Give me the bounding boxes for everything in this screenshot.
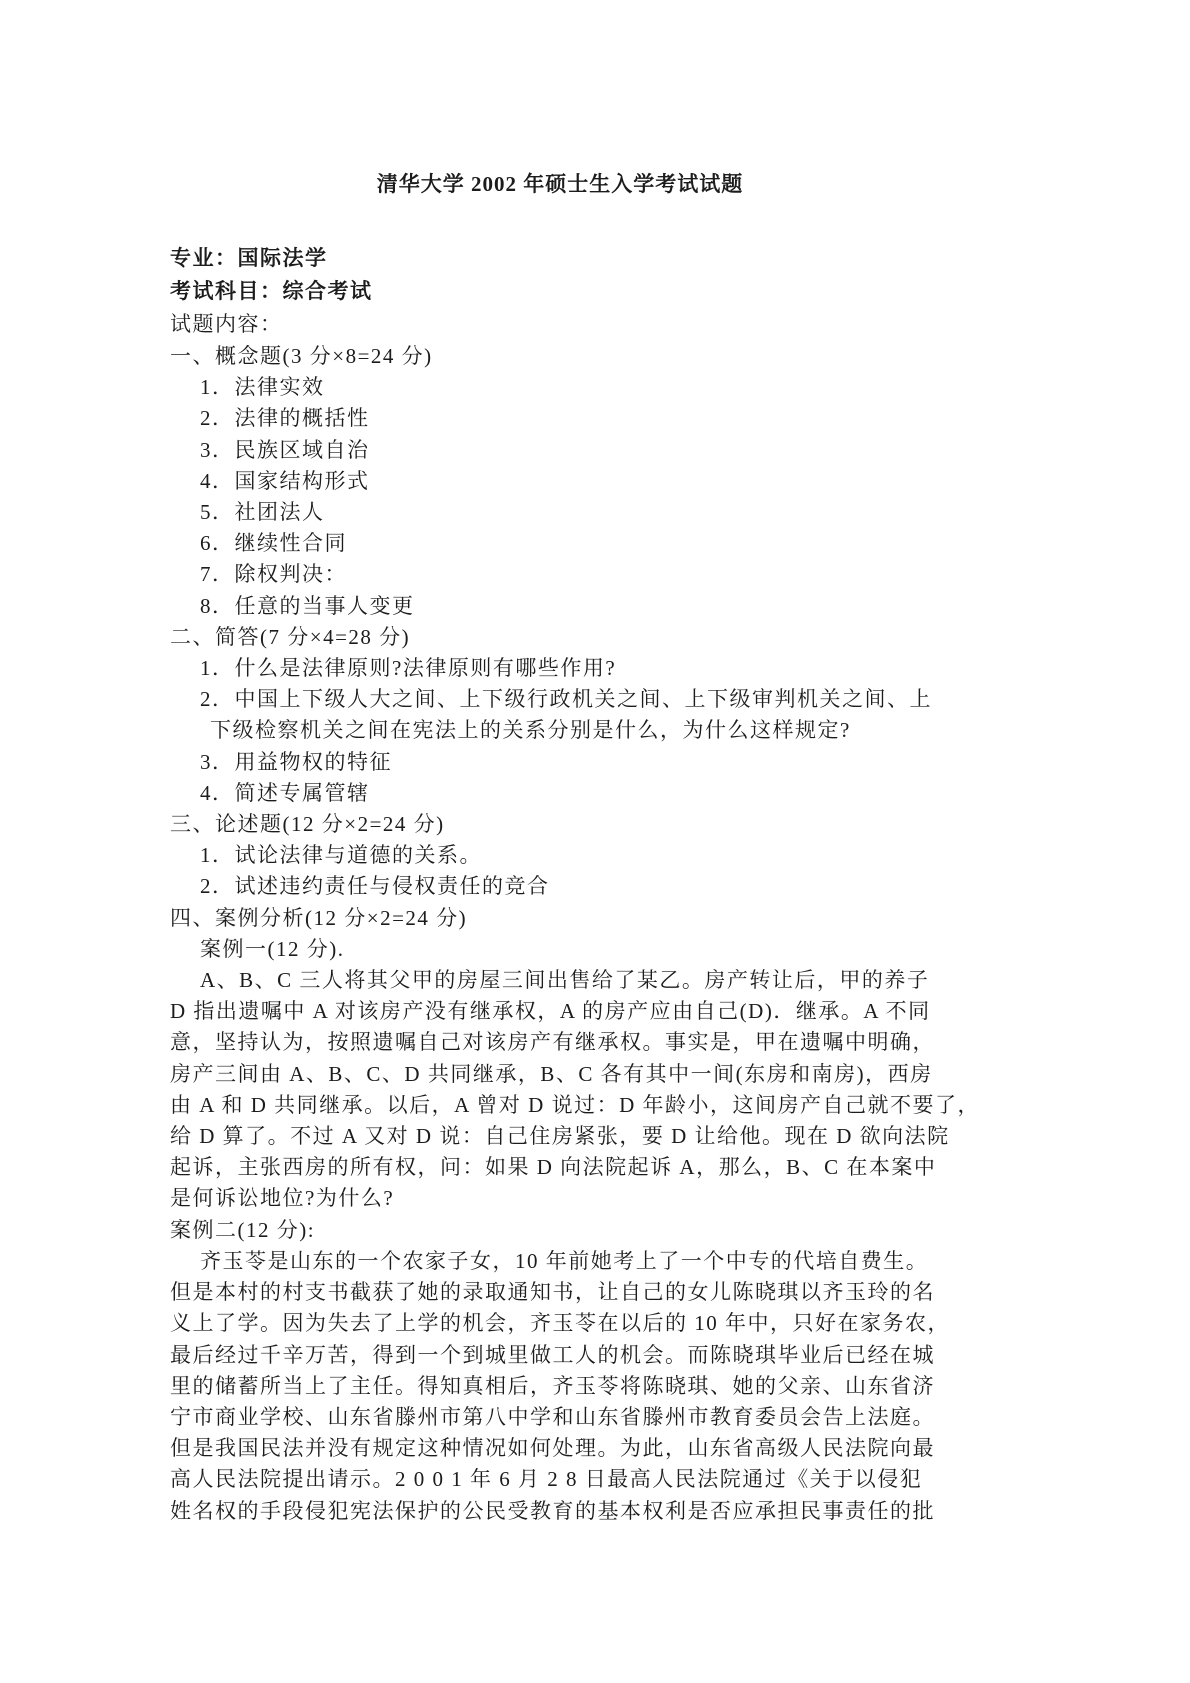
list-item: 1．法律实效: [170, 372, 1040, 403]
section-4-heading: 四、案例分析(12 分×2=24 分): [170, 903, 1040, 934]
case-2-text-line: 但是我国民法并没有规定这种情况如何处理。为此，山东省高级人民法院向最: [170, 1433, 1040, 1464]
case-1-text-line: D 指出遗嘱中 A 对该房产没有继承权，A 的房产应由自己(D)．继承。A 不同: [170, 996, 1040, 1027]
case-2-text-line: 义上了学。因为失去了上学的机会，齐玉苓在以后的 10 年中，只好在家务农，: [170, 1308, 1040, 1339]
section-2-heading: 二、简答(7 分×4=28 分): [170, 622, 1040, 653]
list-item: 3．用益物权的特征: [170, 747, 1040, 778]
case-1-text-line: 房产三间由 A、B、C、D 共同继承，B、C 各有其中一间(东房和南房)，西房: [170, 1059, 1040, 1090]
case-2-text-line: 宁市商业学校、山东省滕州市第八中学和山东省滕州市教育委员会告上法庭。: [170, 1402, 1040, 1433]
case-1-text-line: 给 D 算了。不过 A 又对 D 说：自己住房紧张，要 D 让给他。现在 D 欲…: [170, 1121, 1040, 1152]
subject-line: 考试科目：综合考试: [170, 275, 1040, 308]
major-line: 专业：国际法学: [170, 242, 1040, 275]
list-item: 2．中国上下级人大之间、上下级行政机关之间、上下级审判机关之间、上: [170, 684, 1040, 715]
list-item: 2．法律的概括性: [170, 403, 1040, 434]
case-1-text-line: 是何诉讼地位?为什么?: [170, 1183, 1040, 1214]
case-1-text-line: 起诉，主张西房的所有权，问：如果 D 向法院起诉 A，那么，B、C 在本案中: [170, 1152, 1040, 1183]
list-item: 7．除权判决：: [170, 559, 1040, 590]
list-item: 8．任意的当事人变更: [170, 591, 1040, 622]
case-1-text-line: A、B、C 三人将其父甲的房屋三间出售给了某乙。房产转让后，甲的养子: [170, 965, 1040, 996]
list-item: 4．简述专属管辖: [170, 778, 1040, 809]
case-1-text-line: 由 A 和 D 共同继承。以后，A 曾对 D 说过：D 年龄小，这间房产自己就不…: [170, 1090, 1040, 1121]
case-1-label: 案例一(12 分).: [170, 934, 1040, 965]
list-item: 6．继续性合同: [170, 528, 1040, 559]
case-1-text-line: 意，坚持认为，按照遗嘱自己对该房产有继承权。事实是，甲在遗嘱中明确，: [170, 1027, 1040, 1058]
list-item: 4．国家结构形式: [170, 466, 1040, 497]
list-item: 5．社团法人: [170, 497, 1040, 528]
case-2-text-line: 但是本村的村支书截获了她的录取通知书，让自己的女儿陈晓琪以齐玉玲的名: [170, 1277, 1040, 1308]
page-title: 清华大学 2002 年硕士生入学考试试题: [170, 172, 1040, 196]
case-2-text-line: 高人民法院提出请示。2 0 0 1 年 6 月 2 8 日最高人民法院通过《关于…: [170, 1464, 1040, 1495]
case-2-label: 案例二(12 分):: [170, 1215, 1040, 1246]
case-2-text-line: 最后经过千辛万苦，得到一个到城里做工人的机会。而陈晓琪毕业后已经在城: [170, 1340, 1040, 1371]
list-item: 1．试论法律与道德的关系。: [170, 840, 1040, 871]
case-2-text-line: 里的储蓄所当上了主任。得知真相后，齐玉苓将陈晓琪、她的父亲、山东省济: [170, 1371, 1040, 1402]
section-3-heading: 三、论述题(12 分×2=24 分): [170, 809, 1040, 840]
list-item: 2．试述违约责任与侵权责任的竞合: [170, 871, 1040, 902]
section-1-heading: 一、概念题(3 分×8=24 分): [170, 341, 1040, 372]
exam-document-page: 清华大学 2002 年硕士生入学考试试题 专业：国际法学 考试科目：综合考试 试…: [0, 0, 1190, 1683]
case-2-text-line: 姓名权的手段侵犯宪法保护的公民受教育的基本权利是否应承担民事责任的批: [170, 1496, 1040, 1527]
content-label: 试题内容：: [170, 308, 1040, 341]
list-item: 1．什么是法律原则?法律原则有哪些作用?: [170, 653, 1040, 684]
list-item: 3．民族区域自治: [170, 435, 1040, 466]
list-item-continuation: 下级检察机关之间在宪法上的关系分别是什么，为什么这样规定?: [170, 715, 1040, 746]
case-2-text-line: 齐玉苓是山东的一个农家子女，10 年前她考上了一个中专的代培自费生。: [170, 1246, 1040, 1277]
